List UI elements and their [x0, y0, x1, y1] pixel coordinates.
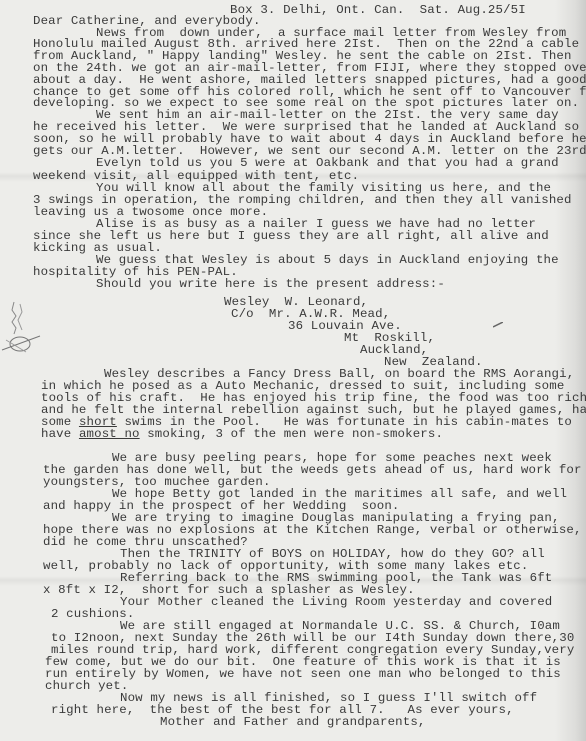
letter-header: Box 3. Delhi, Ont. Can. Sat. Aug.25/5I	[230, 4, 526, 17]
underlined-text: amost no	[79, 427, 140, 441]
letter-line: church yet.	[45, 680, 128, 693]
letter-line: Mother and Father and grandparents,	[160, 716, 426, 729]
letter-line: have amost no smoking, 3 of the men were…	[41, 428, 443, 441]
letter-page: Box 3. Delhi, Ont. Can. Sat. Aug.25/5I D…	[0, 0, 586, 741]
letter-line: Your Mother cleaned the Living Room yest…	[120, 596, 552, 609]
text-segment: have	[41, 427, 79, 441]
pen-doodle-icon	[0, 300, 50, 360]
letter-line: Should you write here is the present add…	[96, 278, 445, 291]
ink-smudge-icon	[493, 322, 503, 328]
text-segment: smoking, 3 of the men were non-smokers.	[140, 427, 443, 441]
